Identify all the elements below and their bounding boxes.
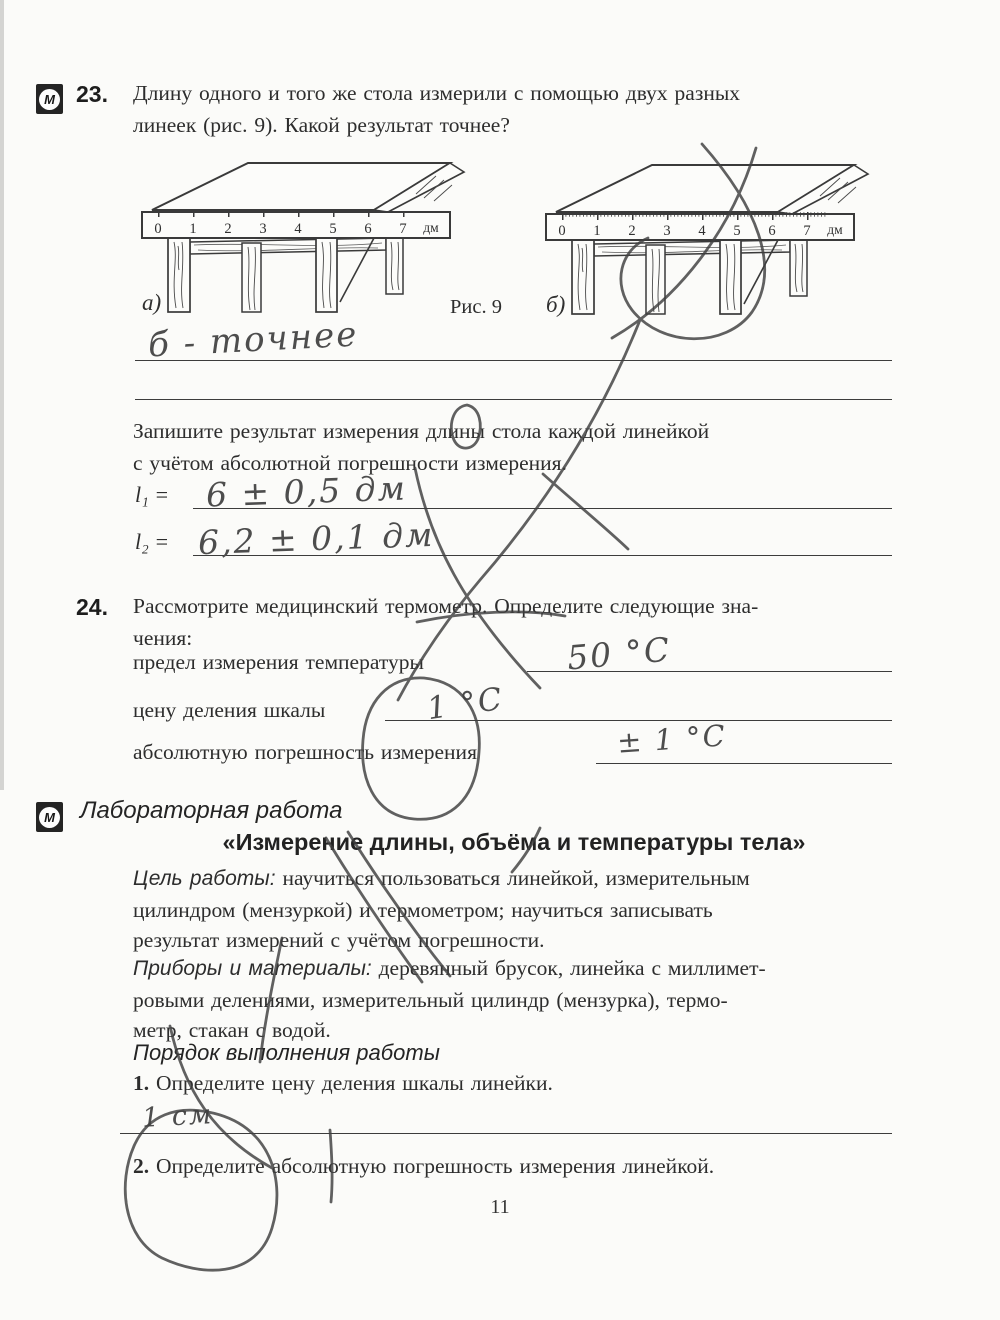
pen-bottom-oval <box>125 1110 277 1270</box>
lab-goal-label: Цель работы: <box>133 867 276 890</box>
l2-handwritten-value: 6,2 ± 0,1 дм <box>197 515 435 562</box>
method-marker-letter: М <box>39 89 60 110</box>
workbook-page: М 23. Длину одного и того же стола измер… <box>0 0 1000 1320</box>
figure-table-a: 0 1 2 3 4 5 6 7 дм а) <box>138 150 478 320</box>
l1-handwritten-value: 6 ± 0,5 дм <box>205 469 407 515</box>
answer-line-1 <box>135 360 892 361</box>
ruler-a-tick-7: 7 <box>399 221 406 237</box>
lab-goal-paragraph: Цель работы: научиться пользоваться лине… <box>133 863 899 956</box>
page-number: 11 <box>0 1196 1000 1219</box>
ruler-b-tick-5: 5 <box>733 223 740 239</box>
ruler-b-tick-4: 4 <box>698 223 706 239</box>
pen-short-diagonal <box>543 474 628 549</box>
task24-error-label: абсолютную погрешность измерения <box>133 737 477 769</box>
lab-step2-text: Определите абсолютную погрешность измере… <box>149 1154 714 1178</box>
task23-number: 23. <box>76 81 108 108</box>
answer-line-2 <box>135 399 892 400</box>
task24-division-label: цену деления шкалы <box>133 695 325 727</box>
task23-record-prompt: Запишите результат измерения длины стола… <box>133 416 897 479</box>
method-marker-icon-lab: М <box>36 802 63 832</box>
l1-label: l₁ = <box>135 482 169 508</box>
ruler-b-tick-6: 6 <box>768 223 775 239</box>
task24-text: Рассмотрите медицинский термометр. Опред… <box>133 591 897 654</box>
ruler-a-tick-0: 0 <box>154 221 161 237</box>
ruler-b-tick-2: 2 <box>628 223 635 239</box>
ruler-a-unit: дм <box>423 220 439 235</box>
ruler-b-tick-1: 1 <box>593 223 600 239</box>
ruler-a-tick-2: 2 <box>224 221 231 237</box>
figure-b-label: б) <box>546 292 565 317</box>
lab-step1-text: Определите цену деления шкалы линейки. <box>149 1071 553 1095</box>
step1-handwritten-answer: 1 см <box>141 1099 214 1134</box>
ruler-a-tick-6: 6 <box>364 221 371 237</box>
lab-step1: 1. Определите цену деления шкалы линейки… <box>133 1068 899 1100</box>
pen-cross-stroke <box>415 468 540 688</box>
lab-step2-number: 2. <box>133 1154 149 1178</box>
lab-kicker: Лабораторная работа <box>80 797 342 825</box>
step1-answer-line <box>120 1133 892 1134</box>
scan-edge-artifact <box>0 0 4 790</box>
figure-caption: Рис. 9 <box>450 296 502 319</box>
ruler-a-tick-3: 3 <box>259 221 266 237</box>
error-answer-line <box>596 763 892 764</box>
lab-step2: 2. Определите абсолютную погрешность изм… <box>133 1151 899 1183</box>
lab-equipment-label: Приборы и материалы: <box>133 957 372 980</box>
ruler-b-tick-0: 0 <box>558 223 565 239</box>
ruler-b-tick-7: 7 <box>803 223 810 239</box>
method-marker-letter-lab: М <box>39 807 60 828</box>
l2-label: l₂ = <box>135 529 169 555</box>
task24-limit-label: предел измерения температуры <box>133 647 424 679</box>
ruler-b-unit: дм <box>827 222 843 237</box>
lab-equipment-paragraph: Приборы и материалы: деревянный брусок, … <box>133 953 899 1046</box>
ruler-a-tick-5: 5 <box>329 221 336 237</box>
lab-title: «Измерение длины, объёма и температуры т… <box>133 829 895 856</box>
lab-procedure-title: Порядок выполнения работы <box>133 1040 440 1066</box>
error-handwritten-value: ± 1 °C <box>616 718 728 760</box>
lab-step1-number: 1. <box>133 1071 149 1095</box>
ruler-b-tick-3: 3 <box>663 223 670 239</box>
ruler-a-tick-1: 1 <box>189 221 196 237</box>
task24-number: 24. <box>76 594 108 621</box>
figure-a-label: а) <box>142 290 161 315</box>
figure-table-b: 0 1 2 3 4 5 6 7 дм б) <box>542 152 882 322</box>
method-marker-icon: М <box>36 84 63 114</box>
ruler-a-tick-4: 4 <box>294 221 302 237</box>
task23-text: Длину одного и того же стола измерили с … <box>133 78 897 141</box>
task23-handwritten-answer: б - точнее <box>147 315 359 366</box>
